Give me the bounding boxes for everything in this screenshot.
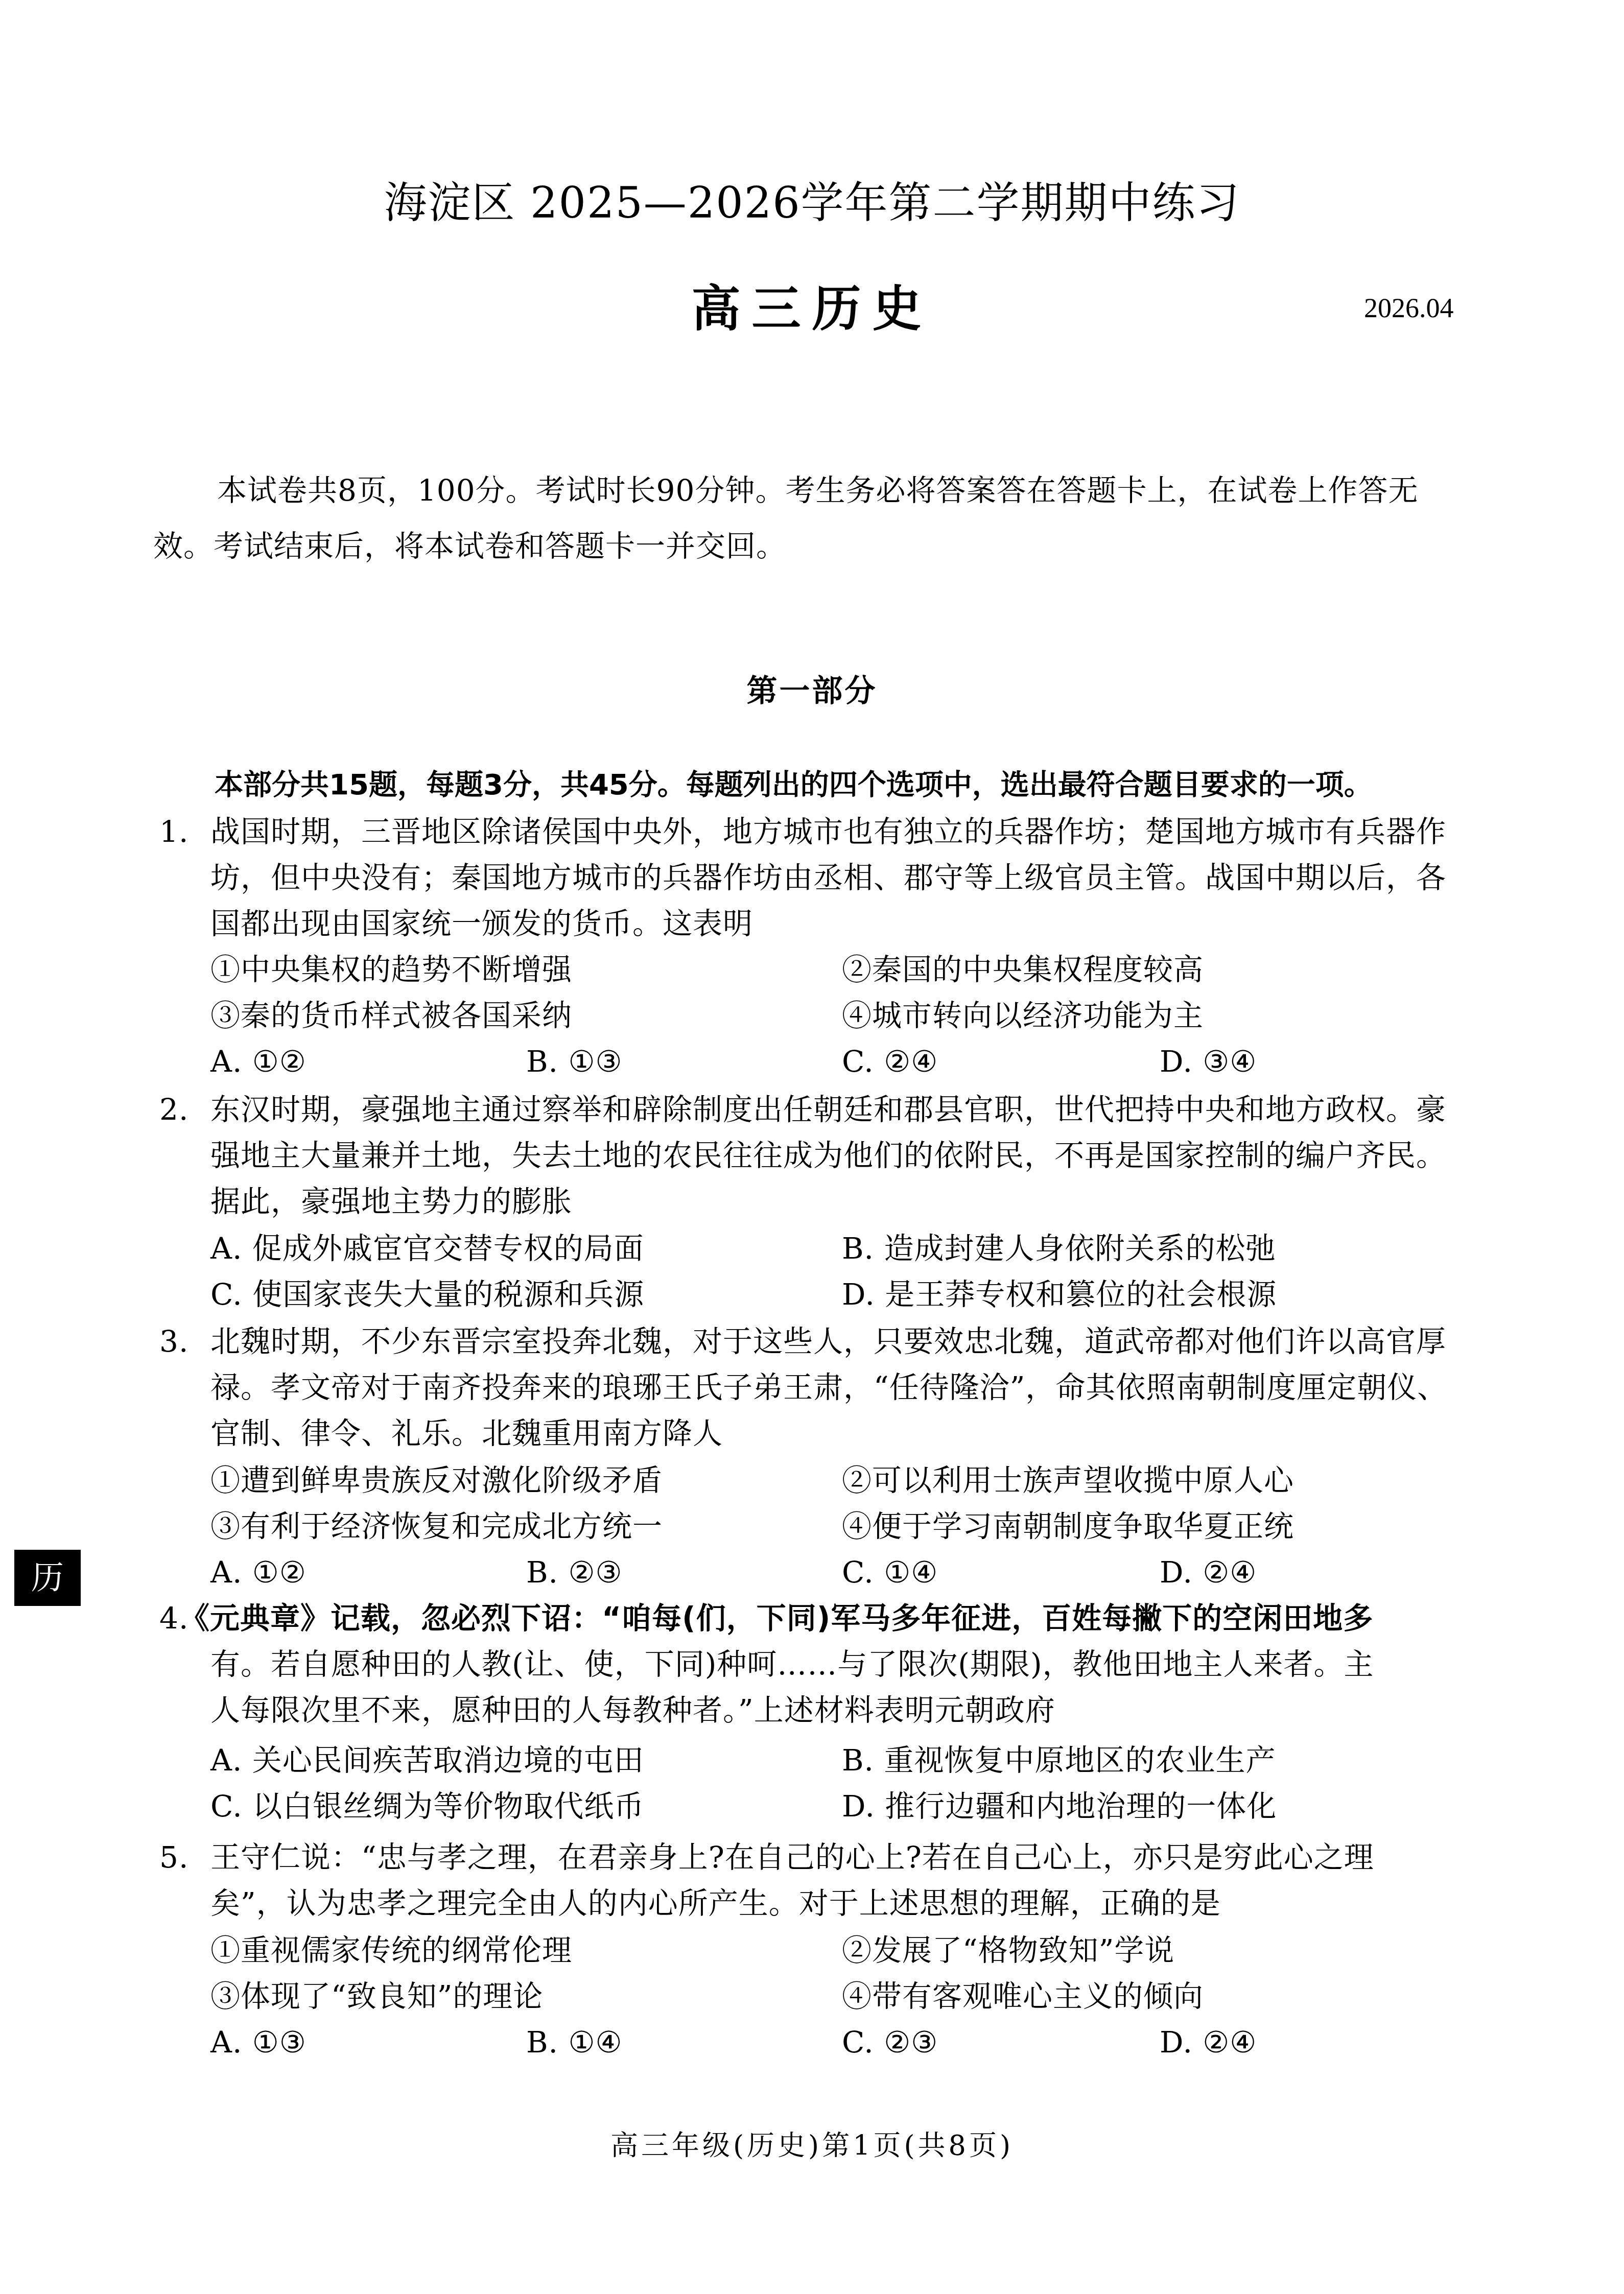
exam-title: 海淀区 2025—2026学年第二学期期中练习 [0,169,1624,230]
part-title: 第一部分 [0,667,1624,711]
subject-side-tab: 历 [14,1550,81,1606]
option-d: D. ③④ [1160,1045,1257,1078]
part-intro: 本部分共15题，每题3分，共45分。每题列出的四个选项中，选出最符合题目要求的一… [215,762,1373,803]
statement-1: ①重视儒家传统的纲常伦理 [210,1934,572,1967]
instructions-line-1: 本试卷共8页，100分。考试时长90分钟。考生务必将答案答在答题卡上，在试卷上作… [217,474,1418,507]
option-a: A. ①② [210,1556,307,1589]
option-d: D. 是王莽专权和篡位的社会根源 [842,1278,1277,1311]
question-number: 3. [159,1325,189,1358]
statement-1: ①中央集权的趋势不断增强 [210,953,572,986]
question-text-line: 王守仁说：“忠与孝之理，在君亲身上?在自己的心上?若在自己心上，亦只是穷此心之理 [210,1841,1374,1874]
option-c: C. ①④ [842,1556,938,1589]
question-text-line: 国都出现由国家统一颁发的货币。这表明 [210,907,753,940]
question-text-line: 坊，但中央没有；秦国地方城市的兵器作坊由丞相、郡守等上级官员主管。战国中期以后，… [210,861,1446,894]
statement-2: ②可以利用士族声望收揽中原人心 [842,1464,1294,1497]
question-text-line: 官制、律令、礼乐。北魏重用南方降人 [210,1417,723,1450]
statement-4: ④城市转向以经济功能为主 [842,999,1204,1032]
option-b: B. 造成封建人身依附关系的松弛 [842,1232,1276,1265]
statement-3: ③体现了“致良知”的理论 [210,1980,543,2013]
statement-2: ②秦国的中央集权程度较高 [842,953,1204,986]
statement-2: ②发展了“格物致知”学说 [842,1934,1174,1967]
question-text-line: 据此，豪强地主势力的膨胀 [210,1185,572,1218]
statement-1: ①遭到鲜卑贵族反对激化阶级矛盾 [210,1464,663,1497]
question-number: 2. [159,1093,189,1126]
question-number: 5. [159,1841,189,1874]
question-text-line: 《元典章》记载，忽必烈下诏：“咱每(们，下同)军马多年征进，百姓每撇下的空闲田地… [180,1602,1373,1635]
option-d: D. ②④ [1160,1556,1257,1589]
option-b: B. 重视恢复中原地区的农业生产 [842,1744,1276,1777]
statement-3: ③有利于经济恢复和完成北方统一 [210,1510,663,1543]
option-d: D. 推行边疆和内地治理的一体化 [842,1790,1277,1823]
option-b: B. ②③ [526,1556,623,1589]
option-b: B. ①③ [526,1045,623,1078]
exam-date: 2026.04 [1364,292,1454,324]
statement-4: ④带有客观唯心主义的倾向 [842,1980,1204,2013]
instructions-line-2: 效。考试结束后，将本试卷和答题卡一并交回。 [153,530,786,562]
option-a: A. 促成外戚宦官交替专权的局面 [210,1232,644,1265]
question-number: 1. [159,815,189,848]
question-text-line: 东汉时期，豪强地主通过察举和辟除制度出任朝廷和郡县官职，世代把持中央和地方政权。… [210,1093,1446,1126]
option-b: B. ①④ [526,2026,623,2059]
statement-4: ④便于学习南朝制度争取华夏正统 [842,1510,1294,1543]
option-a: A. ①② [210,1045,307,1078]
question-text-line: 北魏时期，不少东晋宗室投奔北魏，对于这些人，只要效忠北魏，道武帝都对他们许以高官… [210,1325,1446,1358]
option-a: A. 关心民间疾苦取消边境的屯田 [210,1744,644,1777]
option-c: C. ②③ [842,2026,938,2059]
option-a: A. ①③ [210,2026,307,2059]
option-d: D. ②④ [1160,2026,1257,2059]
page-footer: 高三年级(历史)第1页(共8页) [0,2124,1624,2163]
question-text-line: 人每限次里不来，愿种田的人每教种者。”上述材料表明元朝政府 [210,1694,1055,1727]
option-c: C. 使国家丧失大量的税源和兵源 [210,1278,644,1311]
question-text-line: 矣”，认为忠孝之理完全由人的内心所产生。对于上述思想的理解，正确的是 [210,1887,1221,1920]
statement-3: ③秦的货币样式被各国采纳 [210,999,572,1032]
question-text-line: 有。若自愿种田的人教(让、使，下同)种呵……与了限次(期限)，教他田地主人来者。… [210,1648,1374,1681]
option-c: C. ②④ [842,1045,938,1078]
question-text-line: 禄。孝文帝对于南齐投奔来的琅琊王氏子弟王肃，“任待隆洽”，命其依照南朝制度厘定朝… [210,1371,1447,1404]
question-text-line: 战国时期，三晋地区除诸侯国中央外，地方城市也有独立的兵器作坊；楚国地方城市有兵器… [210,815,1446,848]
question-text-line: 强地主大量兼并土地，失去土地的农民往往成为他们的依附民，不再是国家控制的编户齐民… [210,1139,1446,1172]
option-c: C. 以白银丝绸为等价物取代纸币 [210,1790,644,1823]
